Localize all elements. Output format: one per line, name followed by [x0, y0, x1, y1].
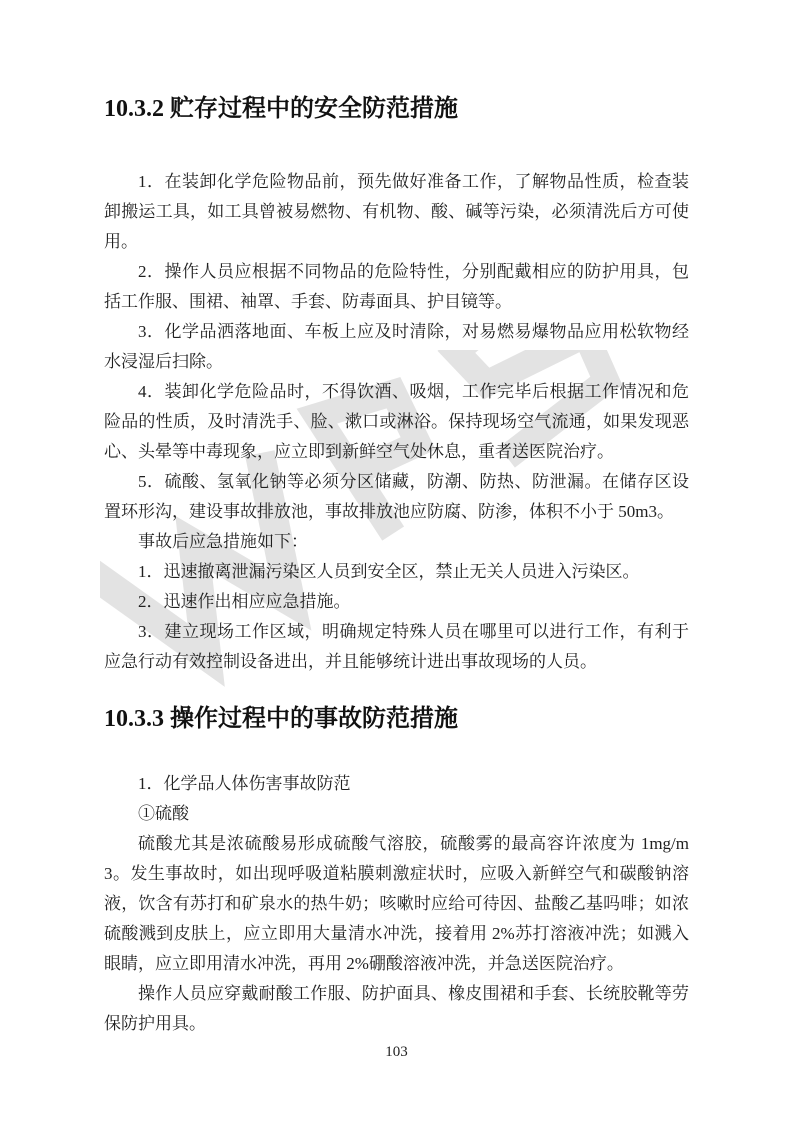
paragraph: 4．装卸化学危险品时，不得饮酒、吸烟，工作完毕后根据工作情况和危险品的性质，及时…: [104, 377, 689, 467]
paragraph: 硫酸尤其是浓硫酸易形成硫酸气溶胶，硫酸雾的最高容许浓度为 1mg/m3。发生事故…: [104, 829, 689, 979]
paragraph: 1．在装卸化学危险物品前，预先做好准备工作，了解物品性质，检查装卸搬运工具，如工…: [104, 167, 689, 257]
paragraph: ①硫酸: [104, 799, 689, 829]
paragraph: 2．操作人员应根据不同物品的危险特性，分别配戴相应的防护用具，包括工作服、围裙、…: [104, 257, 689, 317]
section-body-10-3-3: 1．化学品人体伤害事故防范①硫酸硫酸尤其是浓硫酸易形成硫酸气溶胶，硫酸雾的最高容…: [104, 769, 689, 1039]
paragraph: 3．建立现场工作区域，明确规定特殊人员在哪里可以进行工作，有利于应急行动有效控制…: [104, 617, 689, 677]
paragraph: 3．化学品洒落地面、车板上应及时清除，对易燃易爆物品应用松软物经水浸湿后扫除。: [104, 317, 689, 377]
section-10-3-3: 10.3.3 操作过程中的事故防范措施 1．化学品人体伤害事故防范①硫酸硫酸尤其…: [104, 703, 689, 1039]
paragraph: 5．硫酸、氢氧化钠等必须分区储藏，防潮、防热、防泄漏。在储存区设置环形沟，建设事…: [104, 467, 689, 527]
paragraph: 操作人员应穿戴耐酸工作服、防护面具、橡皮围裙和手套、长统胶靴等劳保防护用具。: [104, 979, 689, 1039]
section-10-3-2: 10.3.2 贮存过程中的安全防范措施 1．在装卸化学危险物品前，预先做好准备工…: [104, 93, 689, 677]
paragraph: 事故后应急措施如下：: [104, 527, 689, 557]
section-heading-10-3-2: 10.3.2 贮存过程中的安全防范措施: [104, 93, 689, 125]
page-number: 103: [0, 1042, 793, 1062]
section-heading-10-3-3: 10.3.3 操作过程中的事故防范措施: [104, 703, 689, 735]
paragraph: 1．化学品人体伤害事故防范: [104, 769, 689, 799]
document-page: 10.3.2 贮存过程中的安全防范措施 1．在装卸化学危险物品前，预先做好准备工…: [0, 0, 793, 1122]
paragraph: 2．迅速作出相应应急措施。: [104, 587, 689, 617]
section-body-10-3-2: 1．在装卸化学危险物品前，预先做好准备工作，了解物品性质，检查装卸搬运工具，如工…: [104, 167, 689, 677]
paragraph: 1．迅速撤离泄漏污染区人员到安全区，禁止无关人员进入污染区。: [104, 557, 689, 587]
page-content: 10.3.2 贮存过程中的安全防范措施 1．在装卸化学危险物品前，预先做好准备工…: [104, 93, 689, 1039]
